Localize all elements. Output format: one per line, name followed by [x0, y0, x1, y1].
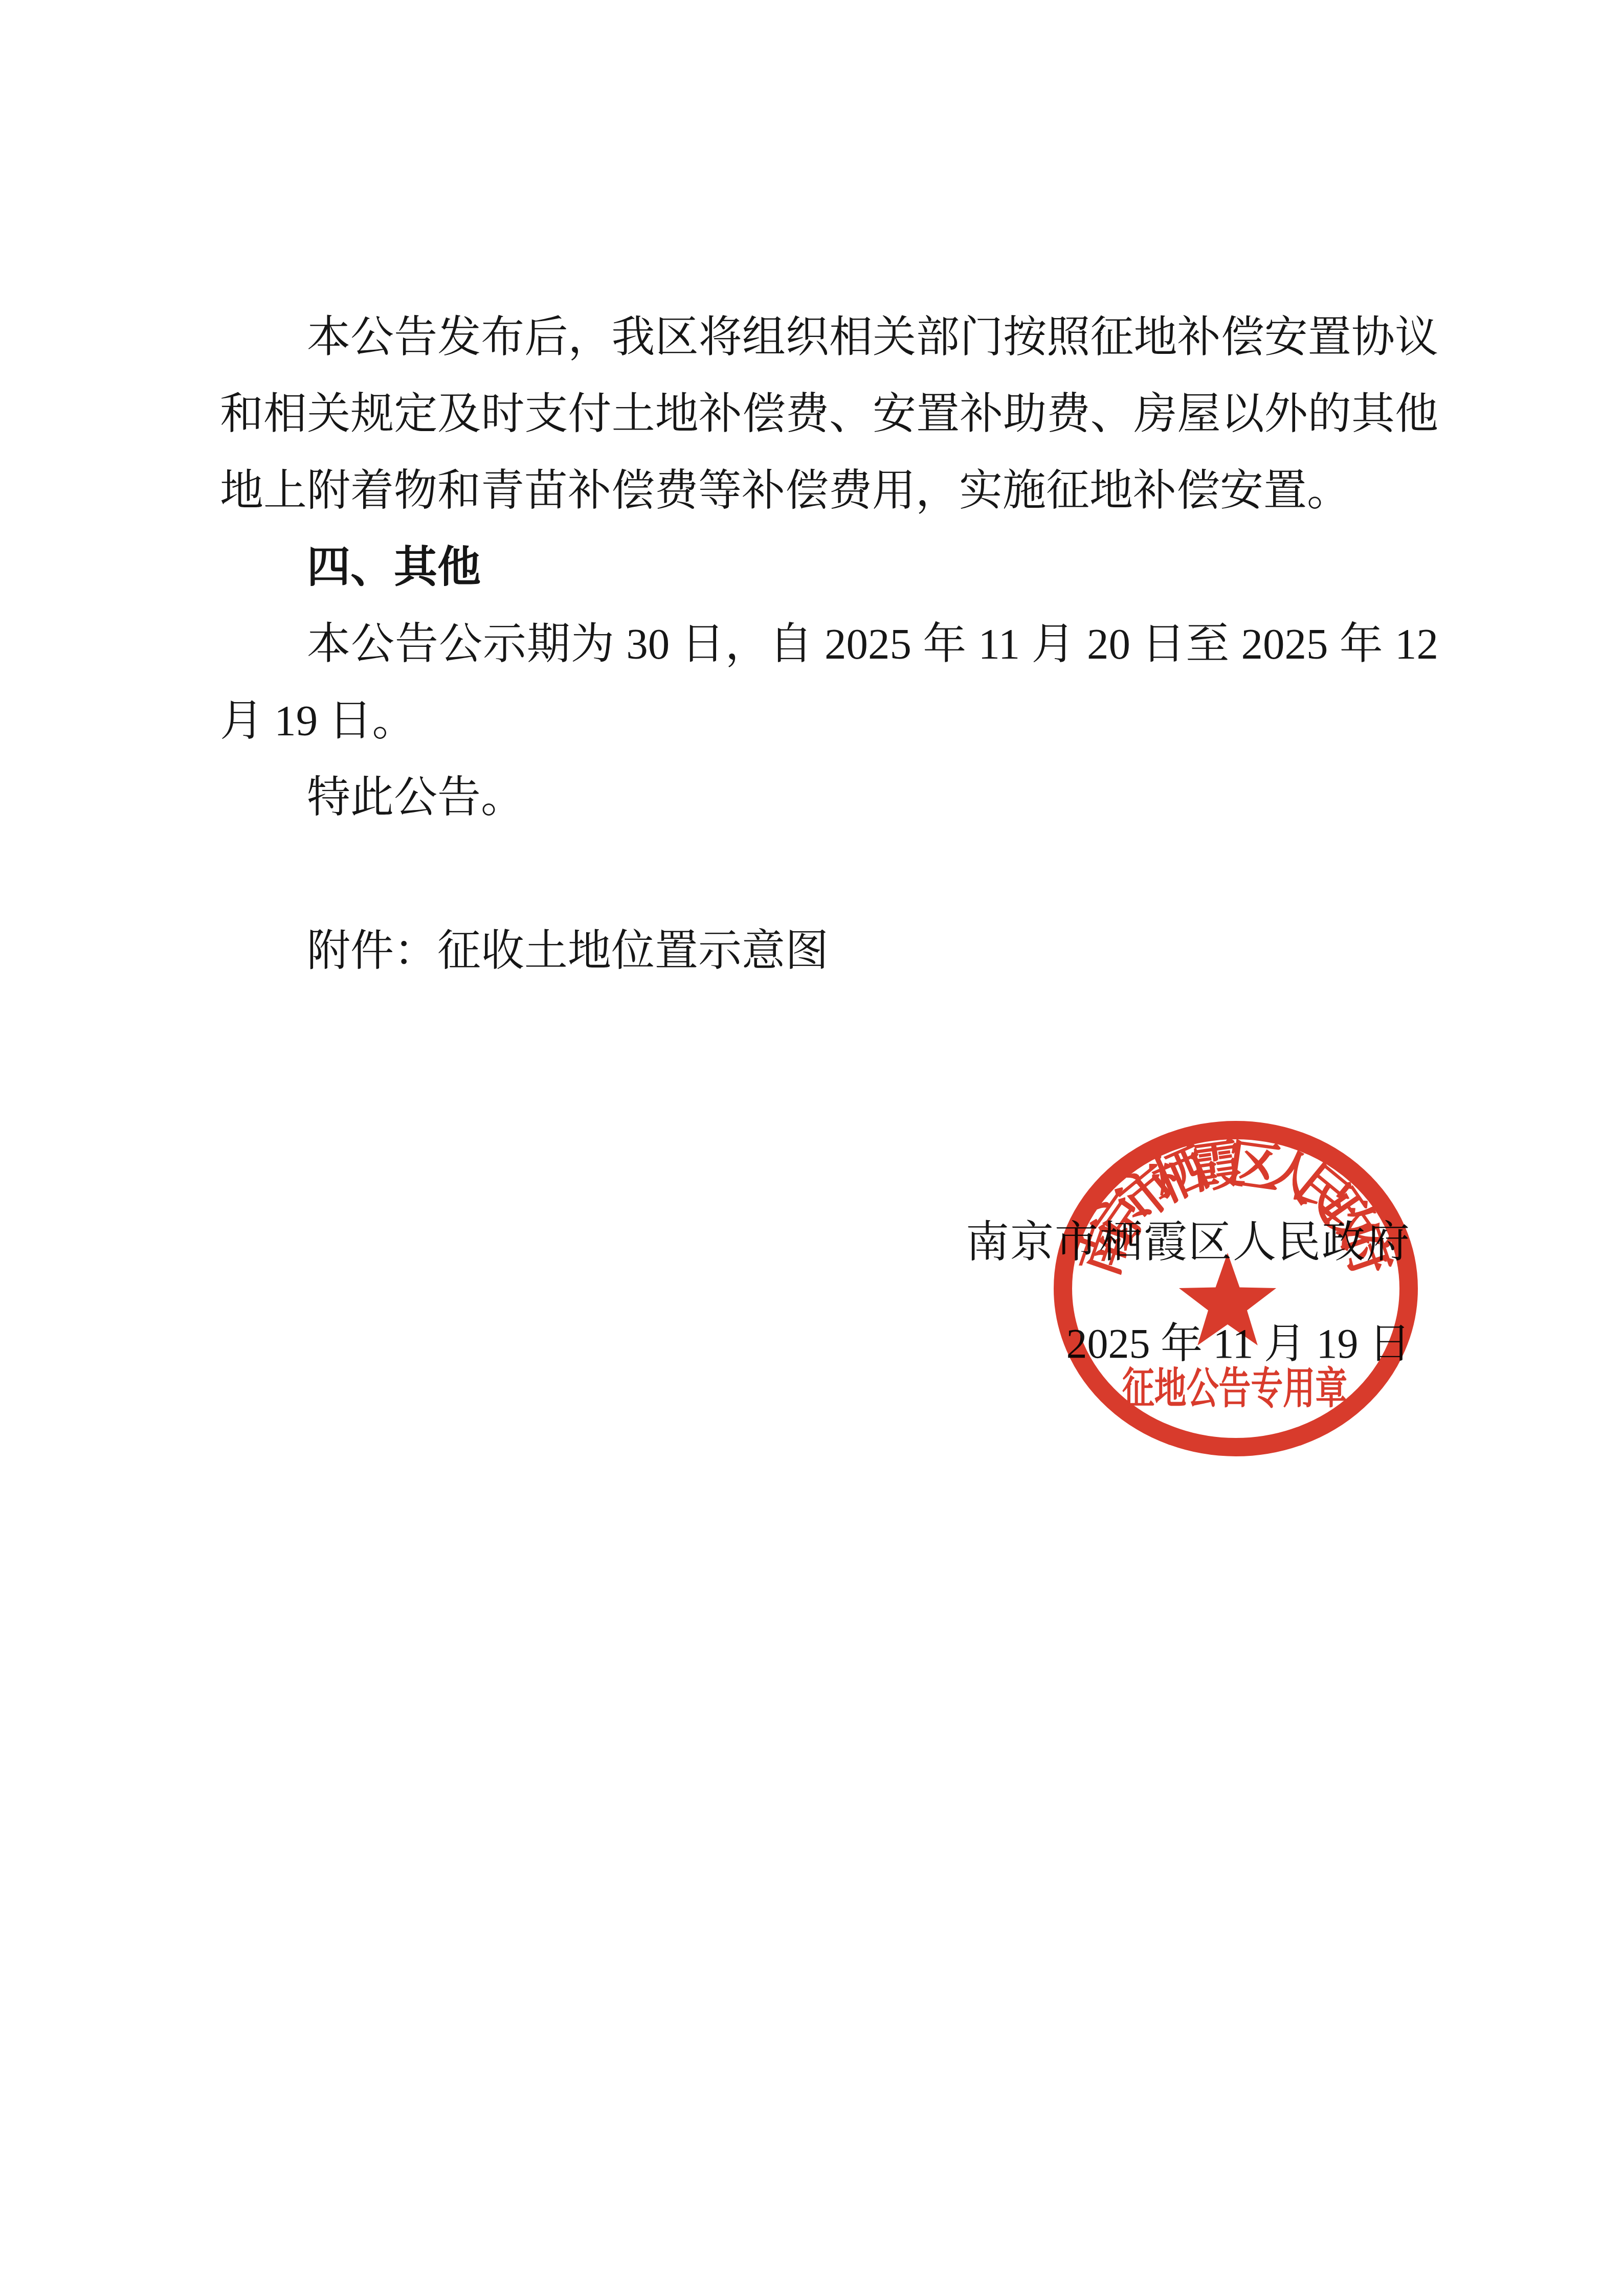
body-line-4: 本公告公示期为 30 日，自 2025 年 11 月 20 日至 2025 年 … — [220, 606, 1438, 683]
seal-bottom-text: 征地公告专用章 — [1122, 1365, 1347, 1413]
body-line-3: 地上附着物和青苗补偿费等补偿费用，实施征地补偿安置。 — [220, 453, 1438, 529]
attachment-line: 附件：征收土地位置示意图 — [220, 913, 1438, 989]
body-line-5: 月 19 日。 — [220, 683, 1438, 759]
body-line-6: 特此公告。 — [220, 759, 1438, 836]
star-icon — [1179, 1253, 1276, 1345]
section-heading: 四、其他 — [220, 529, 1438, 606]
announcement-body: 本公告发布后，我区将组织相关部门按照征地补偿安置协议 和相关规定及时支付土地补偿… — [220, 299, 1438, 989]
blank-line — [220, 836, 1438, 913]
body-line-2: 和相关规定及时支付土地补偿费、安置补助费、房屋以外的其他 — [220, 376, 1438, 453]
document-page: 本公告发布后，我区将组织相关部门按照征地补偿安置协议 和相关规定及时支付土地补偿… — [0, 0, 1624, 2296]
official-seal: 南 京 市 栖 霞 区 人 民 政 府 征地公告专用章 — [1041, 1110, 1430, 1468]
body-line-1: 本公告发布后，我区将组织相关部门按照征地补偿安置协议 — [220, 299, 1438, 376]
